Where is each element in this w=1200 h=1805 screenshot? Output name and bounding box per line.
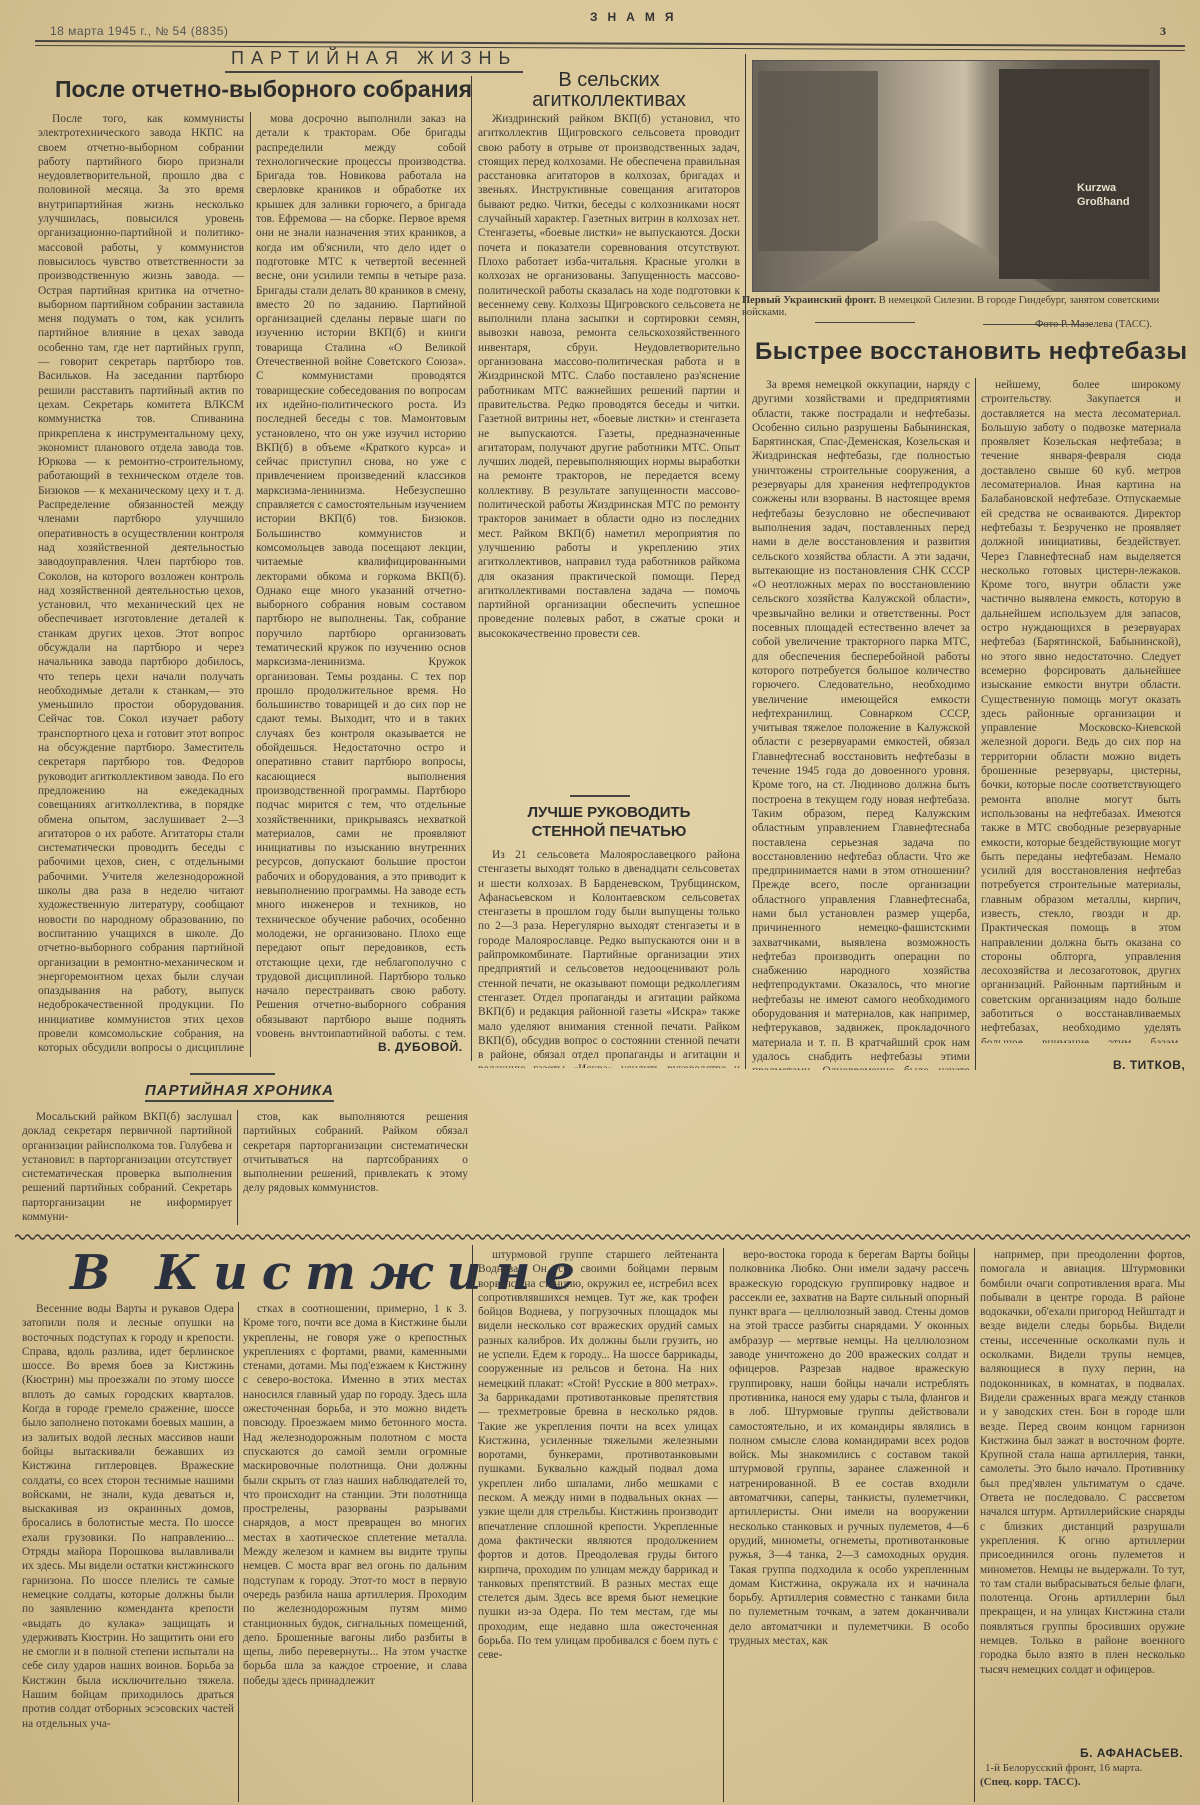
signature: В. ДУБОВОЙ. — [378, 1040, 463, 1054]
title-line: В сельских — [476, 70, 742, 90]
column-rule — [238, 1302, 239, 1802]
separator — [570, 795, 630, 797]
title-line: СТЕННОЙ ПЕЧАТЬЮ — [476, 822, 742, 841]
article-body: Из 21 сельсовета Малоярославецкого район… — [478, 848, 740, 1068]
masthead-rule — [35, 40, 1185, 51]
column-rule — [723, 1248, 724, 1802]
column-rule — [250, 112, 251, 1057]
column-rule — [974, 1248, 975, 1802]
chronicle-column: стов, как выполняются решения партийных … — [243, 1110, 468, 1228]
wavy-divider — [15, 1232, 1190, 1242]
separator — [983, 324, 1093, 325]
article-column: стках в соотношении, примерно, 1 к 3. Кр… — [243, 1302, 467, 1802]
photo-building-right — [999, 69, 1149, 279]
newspaper-name: ЗНАМЯ — [590, 10, 683, 24]
signature: В. ТИТКОВ, — [1113, 1058, 1185, 1072]
article-column: После того, как коммунисты электротехнич… — [38, 112, 244, 1057]
article-body: Жиздринский райком ВКП(б) установил, что… — [478, 112, 740, 762]
article-title-agitkollectives: В сельских агитколлективах — [476, 70, 742, 110]
title-line: агитколлективах — [476, 90, 742, 110]
photo-shop-sign: Kurzwa Großhand — [1077, 181, 1147, 221]
dateline: 1-й Белорусский фронт, 16 марта. — [985, 1762, 1142, 1774]
sign-line: Kurzwa — [1077, 181, 1147, 195]
article-title-oil-depots: Быстрее восстановить нефтебазы — [755, 338, 1188, 366]
news-photo: Kurzwa Großhand — [752, 60, 1160, 292]
column-rule — [472, 1245, 473, 1802]
signature: Б. АФАНАСЬЕВ. — [1080, 1746, 1183, 1760]
separator — [815, 322, 915, 323]
column-rule — [471, 76, 472, 1061]
issue-date: 18 марта 1945 г., № 54 (8835) — [50, 24, 228, 38]
page-number: 3 — [1160, 24, 1166, 39]
caption-bold: Первый Украинский фронт. — [742, 295, 876, 306]
chronicle-column: Мосальский райком ВКП(б) заслушал доклад… — [22, 1110, 232, 1228]
sign-line: Großhand — [1077, 195, 1147, 209]
column-rule — [237, 1110, 238, 1225]
photo-building-left — [758, 71, 878, 251]
separator — [190, 1073, 275, 1075]
title-line: ЛУЧШЕ РУКОВОДИТЬ — [476, 803, 742, 822]
article-column: За время немецкой оккупации, наряду с др… — [752, 378, 970, 1070]
article-column: Весенние воды Варты и рукавов Одера зато… — [22, 1302, 234, 1802]
column-rule — [745, 54, 746, 1069]
rubric-party-chronicle: ПАРТИЙНАЯ ХРОНИКА — [145, 1082, 334, 1102]
newspaper-page: 18 марта 1945 г., № 54 (8835) ЗНАМЯ 3 ПА… — [0, 0, 1200, 1805]
column-rule — [975, 378, 976, 1070]
article-title-wall-press: ЛУЧШЕ РУКОВОДИТЬ СТЕННОЙ ПЕЧАТЬЮ — [476, 803, 742, 841]
article-column: нейшему, более широкому строительству. З… — [981, 378, 1181, 1043]
article-title-after-meeting: После отчетно-выборного собрания — [55, 76, 472, 103]
article-column: штурмовой группе старшего лейтенанта Вод… — [478, 1248, 718, 1802]
article-column: например, при преодолении фортов, помога… — [980, 1248, 1185, 1713]
source: (Спец. корр. ТАСС). — [980, 1776, 1081, 1788]
photo-caption: Первый Украинский фронт. В немецкой Силе… — [742, 295, 1172, 331]
photo-credit: Фото Р. Мазелева (ТАСС). — [742, 319, 1172, 331]
article-column: мова досрочно выполнили заказ на детали … — [256, 112, 466, 1037]
article-column: веро-востока города к берегам Варты бойц… — [729, 1248, 969, 1802]
